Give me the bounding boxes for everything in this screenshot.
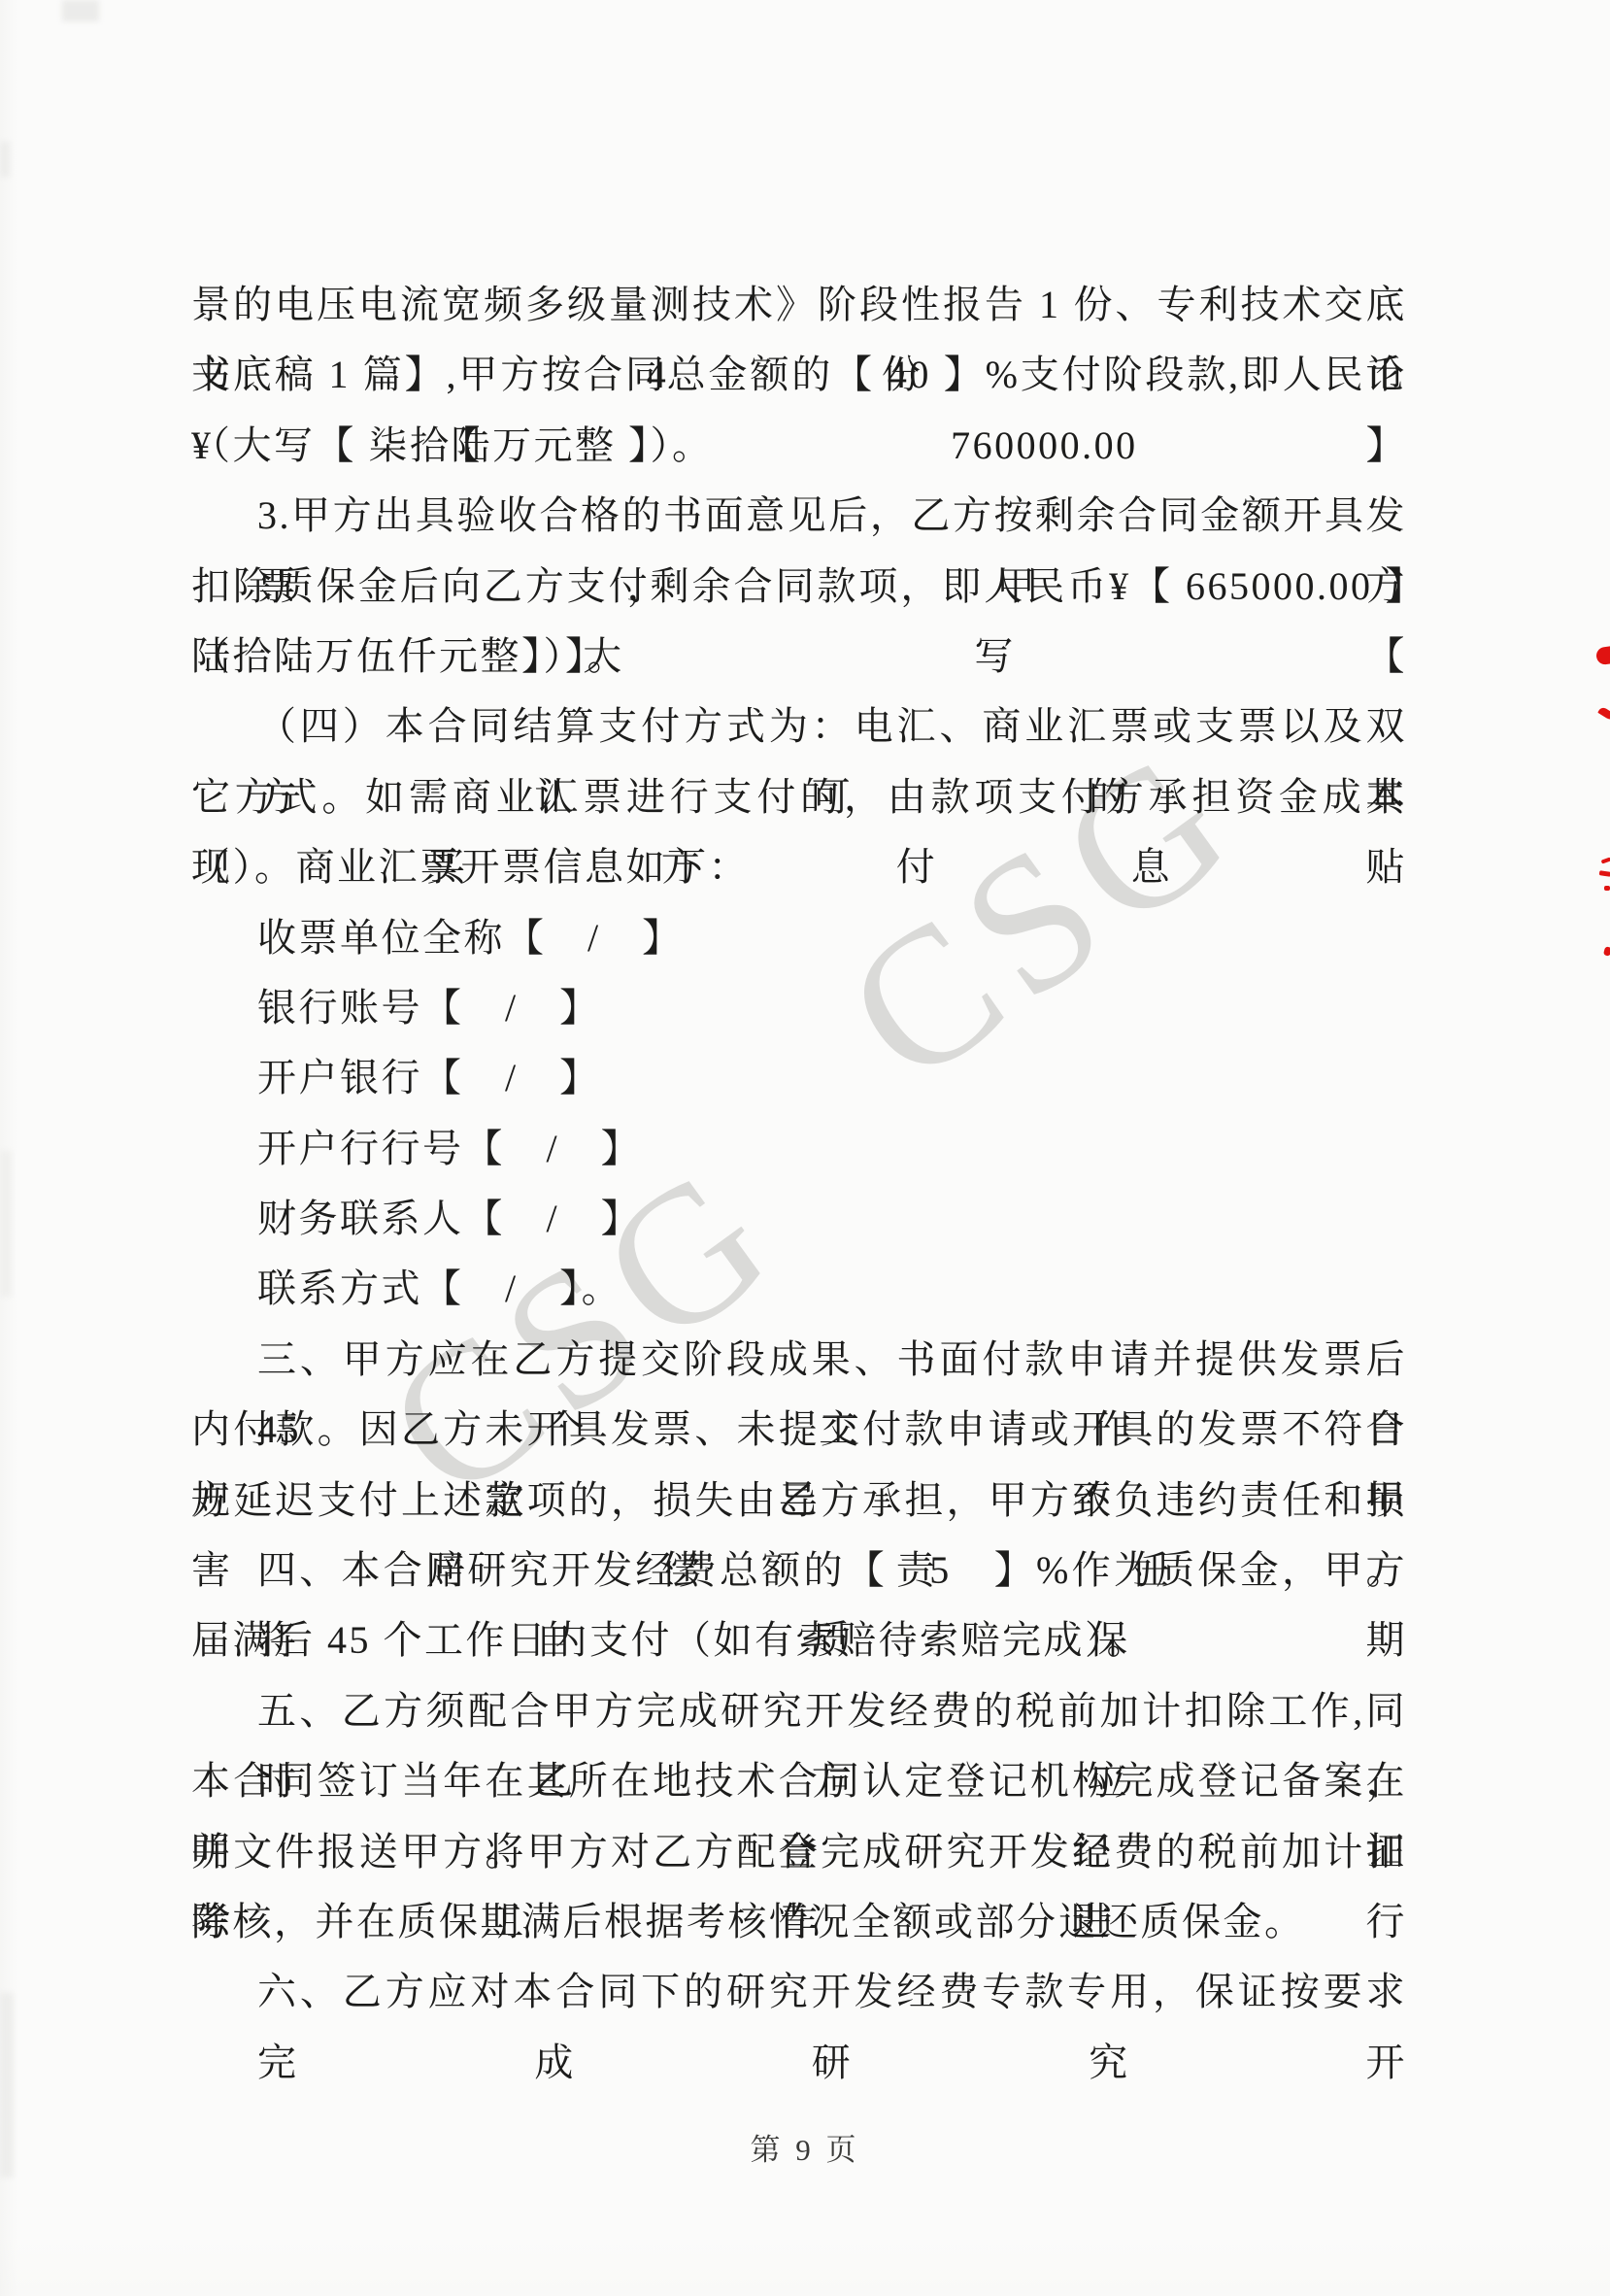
- document-line: 财务联系人【 / 】: [191, 1184, 1407, 1254]
- document-line: 文底稿 1 篇】,甲方按合同总金额的【 40 】%支付阶段款,即人民币¥【 76…: [191, 340, 1407, 410]
- page-number-footer: 第 9 页: [0, 2125, 1610, 2169]
- scan-smudge: [0, 142, 10, 177]
- document-line: 收票单位全称【 / 】: [191, 903, 1407, 973]
- red-pen-mark: [1595, 646, 1610, 666]
- document-line: 扣除质保金后向乙方支付剩余合同款项，即人民币¥【 665000.00 】（大写【: [191, 552, 1407, 622]
- red-pen-mark: [1601, 857, 1610, 863]
- scan-smudge: [62, 0, 99, 21]
- document-line: 开户行行号【 / 】: [191, 1114, 1407, 1184]
- red-pen-mark: [1599, 870, 1610, 877]
- document-line: 开户银行【 / 】: [191, 1043, 1407, 1113]
- scan-smudge: [0, 1151, 12, 1297]
- document-line: 五、乙方须配合甲方完成研究开发经费的税前加计扣除工作,同时乙方应在: [191, 1676, 1407, 1746]
- document-page: { "page": { "footer": "第 9 页", "watermar…: [0, 0, 1610, 2296]
- document-line: 内付款。因乙方未开具发票、未提交付款申请或开具的发票不符合规定导致甲: [191, 1395, 1407, 1465]
- red-pen-mark: [1604, 886, 1610, 891]
- document-line: 景的电压电流宽频多级量测技术》阶段性报告 1 份、专利技术交底书 4 份、论: [191, 270, 1407, 340]
- document-line: 3.甲方出具验收合格的书面意见后，乙方按剩余合同金额开具发票，甲方: [191, 481, 1407, 551]
- document-line: 方延迟支付上述款项的，损失由乙方承担，甲方不负违约责任和损害赔偿责任。: [191, 1466, 1407, 1536]
- document-line: 它方式。如需商业汇票进行支付的，由款项支付方承担资金成本（买方付息贴: [191, 762, 1407, 832]
- document-line: 考核，并在质保期满后根据考核情况全额或部分退还质保金。: [191, 1887, 1407, 1957]
- document-line: 六、乙方应对本合同下的研究开发经费专款专用，保证按要求完成研究开: [191, 1957, 1407, 2027]
- document-line: 明文件报送甲方。甲方对乙方配合完成研究开发经费的税前加计扣除工作进行: [191, 1817, 1407, 1887]
- document-body: 景的电压电流宽频多级量测技术》阶段性报告 1 份、专利技术交底书 4 份、论文底…: [191, 270, 1407, 2028]
- red-pen-mark: [1603, 946, 1610, 957]
- document-line: 三、甲方应在乙方提交阶段成果、书面付款申请并提供发票后 45 个工作日: [191, 1325, 1407, 1395]
- document-line: 四、本合同研究开发经费总额的【 5 】%作为质保金，甲方将自质保期: [191, 1536, 1407, 1605]
- document-line: （四）本合同结算支付方式为：电汇、商业汇票或支票以及双方认可的其: [191, 692, 1407, 761]
- document-line: 银行账号【 / 】: [191, 973, 1407, 1043]
- document-line: 联系方式【 / 】。: [191, 1254, 1407, 1324]
- red-pen-mark: [1597, 706, 1610, 722]
- document-line: 本合同签订当年在其所在地技术合同认定登记机构完成登记备案，并将登记证: [191, 1746, 1407, 1816]
